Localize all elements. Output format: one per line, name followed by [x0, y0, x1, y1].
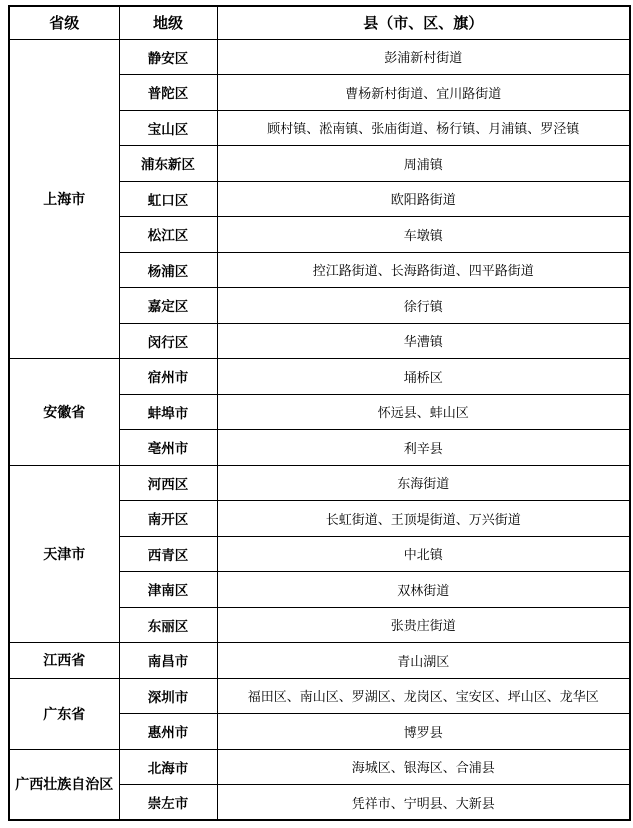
counties-cell: 控江路街道、长海路街道、四平路街道: [217, 252, 630, 288]
prefecture-cell: 宿州市: [119, 359, 217, 395]
counties-cell: 顾村镇、淞南镇、张庙街道、杨行镇、月浦镇、罗泾镇: [217, 110, 630, 146]
prefecture-cell: 普陀区: [119, 75, 217, 111]
counties-cell: 埇桥区: [217, 359, 630, 395]
counties-cell: 双林街道: [217, 572, 630, 608]
document-page: 省级地级县（市、区、旗） 上海市静安区彭浦新村街道普陀区曹杨新村街道、宜川路街道…: [0, 0, 633, 828]
prefecture-cell: 河西区: [119, 465, 217, 501]
counties-cell: 华漕镇: [217, 323, 630, 359]
prefecture-cell: 静安区: [119, 39, 217, 75]
prefecture-cell: 虹口区: [119, 181, 217, 217]
prefecture-cell: 宝山区: [119, 110, 217, 146]
counties-cell: 青山湖区: [217, 643, 630, 679]
prefecture-cell: 蚌埠市: [119, 394, 217, 430]
table-body: 上海市静安区彭浦新村街道普陀区曹杨新村街道、宜川路街道宝山区顾村镇、淞南镇、张庙…: [9, 39, 630, 820]
counties-cell: 欧阳路街道: [217, 181, 630, 217]
county-header: 县（市、区、旗）: [217, 6, 630, 39]
prefecture-cell: 浦东新区: [119, 146, 217, 182]
table-row: 江西省南昌市青山湖区: [9, 643, 630, 679]
prefecture-cell: 杨浦区: [119, 252, 217, 288]
province-cell: 上海市: [9, 39, 119, 359]
prefecture-cell: 崇左市: [119, 785, 217, 821]
prefecture-cell: 东丽区: [119, 607, 217, 643]
counties-cell: 怀远县、蚌山区: [217, 394, 630, 430]
prefecture-cell: 亳州市: [119, 430, 217, 466]
prefecture-cell: 松江区: [119, 217, 217, 253]
counties-cell: 利辛县: [217, 430, 630, 466]
counties-cell: 东海街道: [217, 465, 630, 501]
counties-cell: 博罗县: [217, 714, 630, 750]
prefecture-cell: 深圳市: [119, 678, 217, 714]
province-cell: 安徽省: [9, 359, 119, 466]
counties-cell: 徐行镇: [217, 288, 630, 324]
prefecture-header: 地级: [119, 6, 217, 39]
counties-cell: 张贵庄街道: [217, 607, 630, 643]
prefecture-cell: 南开区: [119, 501, 217, 537]
counties-cell: 福田区、南山区、罗湖区、龙岗区、宝安区、坪山区、龙华区: [217, 678, 630, 714]
counties-cell: 海城区、银海区、合浦县: [217, 749, 630, 785]
province-cell: 天津市: [9, 465, 119, 643]
counties-cell: 长虹街道、王顶堤街道、万兴街道: [217, 501, 630, 537]
counties-cell: 曹杨新村街道、宜川路街道: [217, 75, 630, 111]
counties-cell: 周浦镇: [217, 146, 630, 182]
prefecture-cell: 西青区: [119, 536, 217, 572]
counties-cell: 车墩镇: [217, 217, 630, 253]
table-header: 省级地级县（市、区、旗）: [9, 6, 630, 39]
table-row: 天津市河西区东海街道: [9, 465, 630, 501]
province-cell: 广西壮族自治区: [9, 749, 119, 820]
counties-cell: 彭浦新村街道: [217, 39, 630, 75]
province-header: 省级: [9, 6, 119, 39]
admin-regions-table: 省级地级县（市、区、旗） 上海市静安区彭浦新村街道普陀区曹杨新村街道、宜川路街道…: [8, 5, 631, 821]
prefecture-cell: 南昌市: [119, 643, 217, 679]
counties-cell: 中北镇: [217, 536, 630, 572]
prefecture-cell: 北海市: [119, 749, 217, 785]
header-row: 省级地级县（市、区、旗）: [9, 6, 630, 39]
province-cell: 广东省: [9, 678, 119, 749]
counties-cell: 凭祥市、宁明县、大新县: [217, 785, 630, 821]
table-row: 安徽省宿州市埇桥区: [9, 359, 630, 395]
prefecture-cell: 嘉定区: [119, 288, 217, 324]
table-row: 上海市静安区彭浦新村街道: [9, 39, 630, 75]
table-row: 广东省深圳市福田区、南山区、罗湖区、龙岗区、宝安区、坪山区、龙华区: [9, 678, 630, 714]
province-cell: 江西省: [9, 643, 119, 679]
prefecture-cell: 惠州市: [119, 714, 217, 750]
table-row: 广西壮族自治区北海市海城区、银海区、合浦县: [9, 749, 630, 785]
prefecture-cell: 闵行区: [119, 323, 217, 359]
prefecture-cell: 津南区: [119, 572, 217, 608]
